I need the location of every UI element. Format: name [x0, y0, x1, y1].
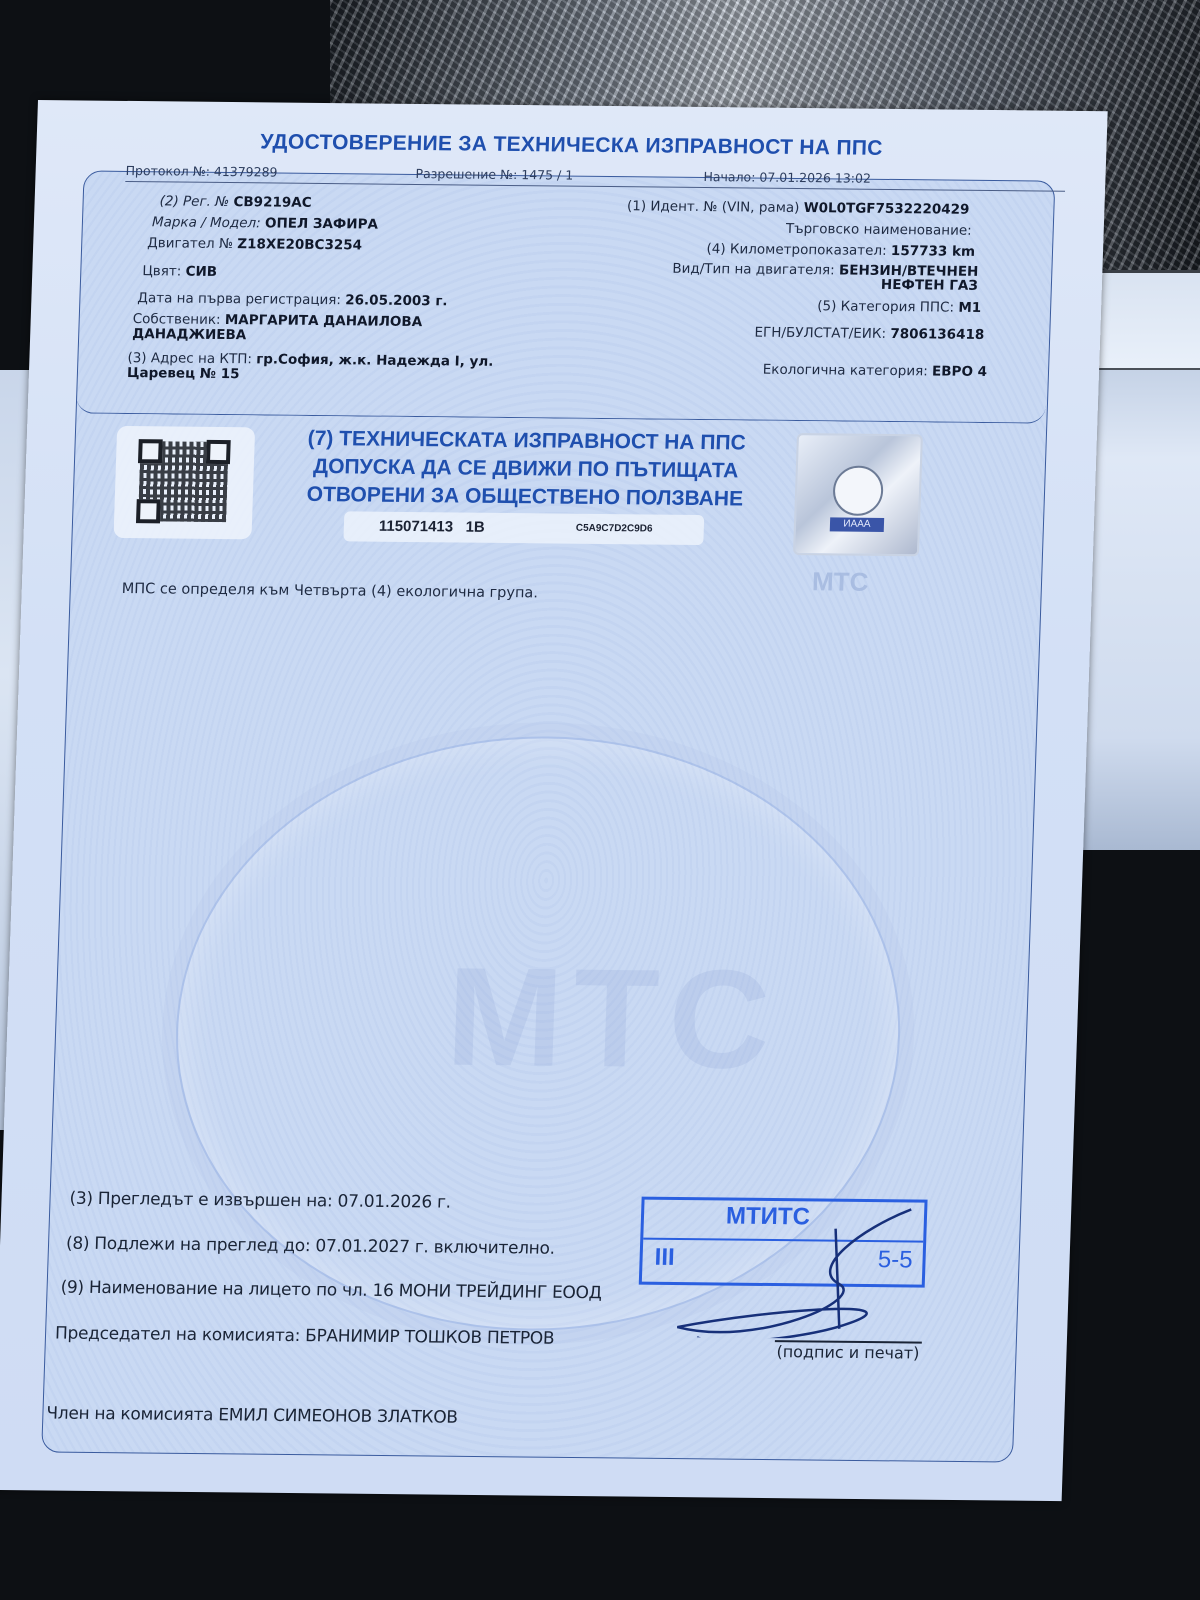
- roadworthiness-verdict: (7) ТЕХНИЧЕСКАТА ИЗПРАВНОСТ НА ППС ДОПУС…: [264, 424, 787, 513]
- egn-field: ЕГН/БУЛСТАТ/ЕИК: 7806136418: [754, 325, 984, 343]
- qr-finder-icon: [138, 439, 163, 463]
- certificate-number: 115071413 1B: [379, 518, 485, 536]
- category-value: M1: [958, 300, 981, 316]
- signature-label: (подпис и печат): [774, 1340, 922, 1363]
- engine-number-field: Двигател № Z18XE20BC3254: [147, 235, 362, 253]
- certificate-hash: C5A9C7D2C9D6: [576, 523, 653, 535]
- reg-number-value: CB9219AC: [233, 194, 312, 211]
- certificate-title: УДОСТОВЕРЕНИЕ ЗА ТЕХНИЧЕСКА ИЗПРАВНОСТ Н…: [36, 128, 1106, 163]
- vin-value: W0L0TGF7532220429: [803, 200, 969, 218]
- hologram-label: ИААА: [830, 517, 884, 532]
- color-value: СИВ: [185, 264, 217, 280]
- hologram-sticker: ИААА: [793, 433, 923, 556]
- first-registration-field: Дата на първа регистрация: 26.05.2003 г.: [137, 290, 448, 309]
- egn-value: 7806136418: [890, 326, 984, 343]
- owner-field: Собственик: МАРГАРИТА ДАНАИЛОВА ДАНАДЖИЕ…: [132, 312, 422, 345]
- first-registration-value: 26.05.2003 г.: [345, 292, 448, 309]
- category-field: (5) Категория ППС: M1: [817, 298, 981, 316]
- mtc-logo: МТС: [812, 566, 869, 598]
- eco-category-field: Екологична категория: ЕВРО 4: [763, 362, 988, 380]
- inspection-performed-date: (3) Прегледът е извършен на: 07.01.2026 …: [69, 1189, 451, 1213]
- owner-value: МАРГАРИТА ДАНАИЛОВА: [225, 312, 423, 330]
- color-field: Цвят: СИВ: [142, 263, 217, 280]
- commission-member: Член на комисията ЕМИЛ СИМЕОНОВ ЗЛАТКОВ: [46, 1403, 458, 1427]
- odometer-field: (4) Километропоказател: 157733 km: [706, 241, 975, 260]
- reg-number-field: (2) Рег. № CB9219AC: [159, 193, 312, 211]
- make-model-value: ОПЕЛ ЗАФИРА: [265, 215, 378, 232]
- iaaa-emblem-icon: [832, 465, 884, 516]
- qr-code-box: [113, 426, 255, 539]
- mtc-watermark: МТС: [444, 936, 783, 1101]
- qr-finder-icon: [136, 499, 161, 523]
- eco-category-value: ЕВРО 4: [932, 363, 987, 380]
- qr-finder-icon: [206, 440, 231, 464]
- trade-name-field: Търговско наименование:: [786, 221, 972, 239]
- address-field: (3) Адрес на КТП: гр.София, ж.к. Надежда…: [127, 351, 494, 385]
- engine-number-value: Z18XE20BC3254: [237, 236, 362, 253]
- odometer-value: 157733 km: [891, 243, 976, 260]
- inspection-certificate: МТС УДОСТОВЕРЕНИЕ ЗА ТЕХНИЧЕСКА ИЗПРАВНО…: [0, 100, 1108, 1501]
- address-value: гр.София, ж.к. Надежда I, ул.: [256, 351, 494, 369]
- make-model-field: Марка / Модел: ОПЕЛ ЗАФИРА: [152, 214, 379, 232]
- certificate-code-box: 115071413 1B C5A9C7D2C9D6: [343, 511, 704, 545]
- engine-type-field: Вид/Тип на двигателя: БЕНЗИН/ВТЕЧНЕН НЕФ…: [672, 262, 979, 293]
- signature-icon: [657, 1187, 962, 1340]
